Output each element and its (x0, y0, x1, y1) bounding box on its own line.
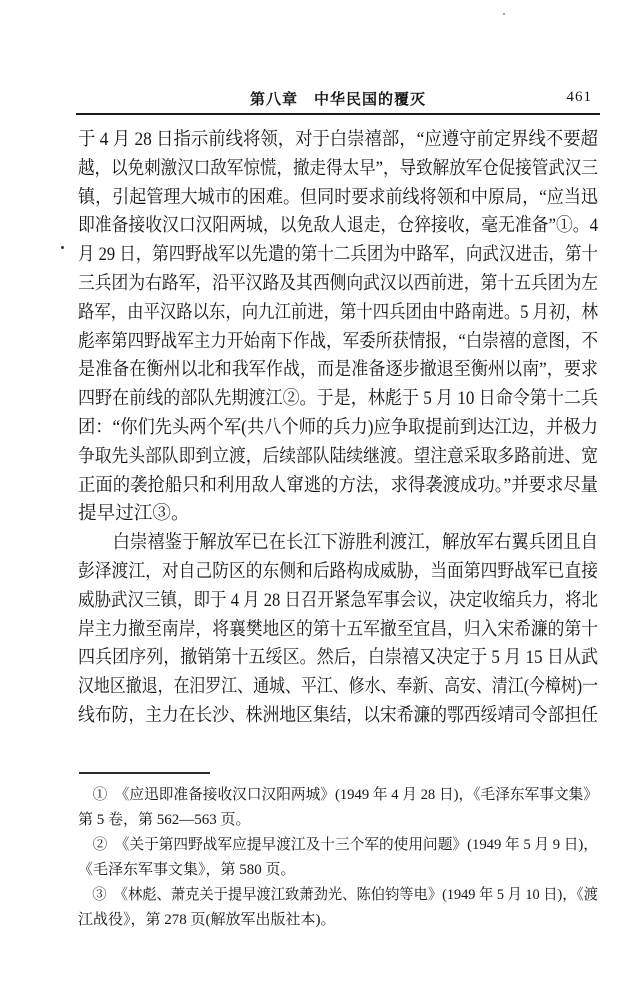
footnote-line-text: 第 5 卷，第 562—563 页。 (78, 808, 251, 833)
body-line-text: 越，以免刺激汉口敌军惊慌，撤走得太早”，导致解放军仓促接管武汉三 (78, 155, 598, 184)
body-line: 即准备接收汉口汉阳两城，以免敌人退走，仓猝接收，毫无准备”①。4 (78, 212, 598, 241)
body-line-text: 岸主力撤至南岸，将襄樊地区的第十五军撤至宜昌，归入宋希濂的第十 (78, 616, 598, 645)
footnote-line-text: ③ 《林彪、萧克关于提早渡江致萧劲光、陈伯钧等电》(1949 年 5 月 10 … (78, 883, 598, 908)
body-line-text: 月 29 日，第四野战军以先遣的第十二兵团为中路军，向武汉进击，第十 (78, 241, 598, 270)
body-line: 争取先头部队即到立渡，后续部队陆续继渡。望注意采取多路前进、宽 (78, 443, 598, 472)
scan-speck (61, 246, 64, 249)
body-line: 四野在前线的部队先期渡江②。于是，林彪于 5 月 10 日命令第十二兵 (78, 385, 598, 414)
footnote-line-text: ① 《应迅即准备接收汉口汉阳两城》(1949 年 4 月 28 日)，《毛泽东军… (78, 783, 598, 808)
body-line: 汉地区撤退，在汨罗江、通城、平江、修水、奉新、高安、清江(今樟树)一 (78, 673, 598, 702)
book-page: 第八章 中华民国的覆灭 461 于 4 月 28 日指示前线将领，对于白崇禧部，… (0, 0, 644, 1000)
body-line-text: 是准备在衡州以北和我军作战，而是准备逐步撤退至衡州以南”，要求 (78, 356, 598, 385)
body-line-text: 彪率第四野战军主力开始南下作战，军委所获情报，“白崇禧的意图，不 (78, 328, 598, 357)
footnote-line: ③ 《林彪、萧克关于提早渡江致萧劲光、陈伯钧等电》(1949 年 5 月 10 … (78, 883, 598, 908)
footnote-line: ① 《应迅即准备接收汉口汉阳两城》(1949 年 4 月 28 日)，《毛泽东军… (78, 783, 598, 808)
body-line: 提早过江③。 (78, 500, 598, 529)
body-line-text: 威胁武汉三镇，即于 4 月 28 日召开紧急军事会议，决定收缩兵力，将北 (78, 587, 598, 616)
body-line: 月 29 日，第四野战军以先遣的第十二兵团为中路军，向武汉进击，第十 (78, 241, 598, 270)
body-line: 越，以免刺激汉口敌军惊慌，撤走得太早”，导致解放军仓促接管武汉三 (78, 155, 598, 184)
body-line-text: 争取先头部队即到立渡，后续部队陆续继渡。望注意采取多路前进、宽 (78, 443, 598, 472)
page-header: 第八章 中华民国的覆灭 461 (78, 88, 598, 110)
body-line-text: 四兵团序列，撤销第十五绥区。然后，白崇禧又决定于 5 月 15 日从武 (78, 644, 598, 673)
body-line: 三兵团为右路军，沿平汉路及其西侧向武汉以西前进，第十五兵团为左 (78, 270, 598, 299)
body-line: 岸主力撤至南岸，将襄樊地区的第十五军撤至宜昌，归入宋希濂的第十 (78, 616, 598, 645)
body-line-text: 提早过江③。 (78, 500, 190, 529)
body-line-text: 镇，引起管理大城市的困难。但同时要求前线将领和中原局，“应当迅 (78, 184, 598, 213)
footnotes: ① 《应迅即准备接收汉口汉阳两城》(1949 年 4 月 28 日)，《毛泽东军… (78, 783, 598, 933)
body-line: 彭泽渡江，对自己防区的东侧和后路构成威胁，当面第四野战军已直接 (78, 558, 598, 587)
footnote-line-text: 《毛泽东军事文集》，第 580 页。 (78, 858, 296, 883)
footnote-line: 江战役》，第 278 页(解放军出版社本)。 (78, 908, 598, 933)
body-line: 团：“你们先头两个军(共八个师的兵力)应争取提前到达江边，并极力 (78, 414, 598, 443)
body-line: 正面的袭抢船只和利用敌人窜逃的方法，求得袭渡成功。”并要求尽量 (78, 472, 598, 501)
footnote-line: 《毛泽东军事文集》，第 580 页。 (78, 858, 598, 883)
footnote-line: ② 《关于第四野战军应提早渡江及十三个军的使用问题》(1949 年 5 月 9 … (78, 833, 598, 858)
running-head: 第八章 中华民国的覆灭 (78, 88, 598, 109)
body-line: 威胁武汉三镇，即于 4 月 28 日召开紧急军事会议，决定收缩兵力，将北 (78, 587, 598, 616)
body-line-text: 四野在前线的部队先期渡江②。于是，林彪于 5 月 10 日命令第十二兵 (78, 385, 598, 414)
footnote-line-text: ② 《关于第四野战军应提早渡江及十三个军的使用问题》(1949 年 5 月 9 … (78, 833, 598, 858)
body-line-text: 即准备接收汉口汉阳两城，以免敌人退走，仓猝接收，毫无准备”①。4 (78, 212, 598, 241)
body-line-text: 团：“你们先头两个军(共八个师的兵力)应争取提前到达江边，并极力 (78, 414, 598, 443)
footnote-rule (79, 772, 210, 774)
body-line: 白崇禧鉴于解放军已在长江下游胜利渡江，解放军右翼兵团且自 (78, 529, 598, 558)
footnote-line-text: 江战役》，第 278 页(解放军出版社本)。 (78, 908, 336, 933)
body-line: 于 4 月 28 日指示前线将领，对于白崇禧部，“应遵守前定界线不要超 (78, 126, 598, 155)
body-line: 是准备在衡州以北和我军作战，而是准备逐步撤退至衡州以南”，要求 (78, 356, 598, 385)
body-text: 于 4 月 28 日指示前线将领，对于白崇禧部，“应遵守前定界线不要超越，以免刺… (78, 126, 598, 731)
body-line-text: 路军，由平汉路以东，向九江前进，第十四兵团由中路南进。5 月初，林 (78, 299, 598, 328)
body-line-text: 线布防，主力在长沙、株洲地区集结，以宋希濂的鄂西绥靖司令部担任 (78, 702, 598, 731)
scan-speck (503, 13, 505, 15)
footnote-line: 第 5 卷，第 562—563 页。 (78, 808, 598, 833)
body-line-text: 彭泽渡江，对自己防区的东侧和后路构成威胁，当面第四野战军已直接 (78, 558, 598, 587)
body-line-text: 三兵团为右路军，沿平汉路及其西侧向武汉以西前进，第十五兵团为左 (78, 270, 598, 299)
body-line: 彪率第四野战军主力开始南下作战，军委所获情报，“白崇禧的意图，不 (78, 328, 598, 357)
body-line-text: 正面的袭抢船只和利用敌人窜逃的方法，求得袭渡成功。”并要求尽量 (78, 472, 598, 501)
body-line: 路军，由平汉路以东，向九江前进，第十四兵团由中路南进。5 月初，林 (78, 299, 598, 328)
body-line-text: 汉地区撤退，在汨罗江、通城、平江、修水、奉新、高安、清江(今樟树)一 (78, 673, 598, 702)
body-line: 线布防，主力在长沙、株洲地区集结，以宋希濂的鄂西绥靖司令部担任 (78, 702, 598, 731)
body-line-text: 于 4 月 28 日指示前线将领，对于白崇禧部，“应遵守前定界线不要超 (78, 126, 598, 155)
page-number: 461 (567, 89, 593, 106)
body-line: 四兵团序列，撤销第十五绥区。然后，白崇禧又决定于 5 月 15 日从武 (78, 644, 598, 673)
body-line: 镇，引起管理大城市的困难。但同时要求前线将领和中原局，“应当迅 (78, 184, 598, 213)
header-rule (76, 113, 600, 115)
body-line-text: 白崇禧鉴于解放军已在长江下游胜利渡江，解放军右翼兵团且自 (78, 529, 598, 558)
